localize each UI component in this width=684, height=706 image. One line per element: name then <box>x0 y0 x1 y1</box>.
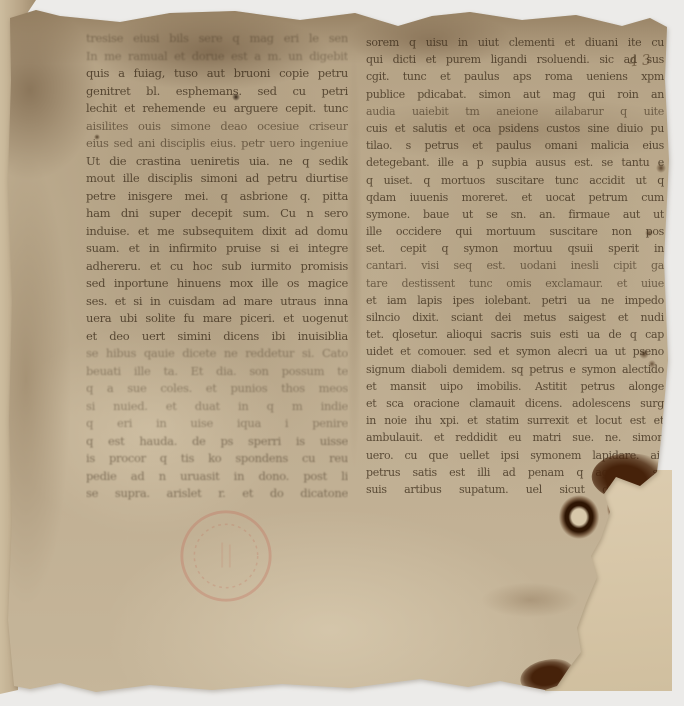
manuscript-text-line: pedie ad n uruasit in dono. post li <box>86 468 348 486</box>
manuscript-text-line: detegebant. ille a p supbia ausus est. s… <box>366 154 664 171</box>
manuscript-text-line: In me ramual et dorue est a m. un digebi… <box>86 48 348 66</box>
manuscript-text-line: qui dicti et purem ligandi rsoluendi. si… <box>366 51 664 68</box>
manuscript-text-line: induise. et me subsequitem dixit ad domu <box>86 223 348 241</box>
manuscript-text-line: Ut die crastina ueniretis uia. ne q sedi… <box>86 153 348 171</box>
manuscript-text-line: q eri in uise iqua i penire <box>86 415 348 433</box>
worm-hole <box>556 492 602 542</box>
manuscript-text-line: tet. qlosetur. alioqui sacris suis esti … <box>366 326 664 343</box>
manuscript-text-line: qdam iuuenis moreret. et uocat petrum cu… <box>366 189 664 206</box>
manuscript-text-line: lechit et rehemende eu arguere cepit. tu… <box>86 100 348 118</box>
library-stamp-icon <box>178 508 274 604</box>
manuscript-text-line: uidet et comouer. sed et symon alecri ua… <box>366 343 664 360</box>
manuscript-text-line: se supra. arislet r. et do dicatone <box>86 485 348 503</box>
manuscript-text-line: q a sue coles. et punios thos meos <box>86 380 348 398</box>
manuscript-text-line: symone. baue ut se sn. an. firmaue aut u… <box>366 206 664 223</box>
text-column-right: sorem q uisu in uiut clementi et diuani … <box>366 34 664 498</box>
manuscript-text-line: cuis et salutis et oca psidens custos si… <box>366 120 664 137</box>
manuscript-text-line: eius sed ani disciplis eius. petr uero i… <box>86 135 348 153</box>
manuscript-text-line: et deo uert simini dicens ibi inuisiblia <box>86 328 348 346</box>
manuscript-text-line: aisilites ouis simone deao ocesiue crise… <box>86 118 348 136</box>
manuscript-text-line: suam. et in infirmito pruise si ei integ… <box>86 240 348 258</box>
manuscript-text-line: cgit. tunc et paulus aps roma ueniens xp… <box>366 68 664 85</box>
manuscript-text-line: adhereru. et cu hoc sub iurmito promisis <box>86 258 348 276</box>
manuscript-text-line: mout ille disciplis simoni ad petru diur… <box>86 170 348 188</box>
manuscript-text-line: et sca oracione clamauit dicens. adolesc… <box>366 395 664 412</box>
manuscript-text-line: q uiset. q mortuos suscitare tunc accidi… <box>366 172 664 189</box>
manuscript-text-line: tilao. s petrus et paulus omani malicia … <box>366 137 664 154</box>
manuscript-text-line: signum diaboli demidem. sq petrus e symo… <box>366 361 664 378</box>
manuscript-text-line: petre inisgere mei. q asbrione q. pitta <box>86 188 348 206</box>
manuscript-text-line: sed inportune hinuens mox ille os magice <box>86 275 348 293</box>
manuscript-text-line: quis a fuiag, tuso aut bruoni copie petr… <box>86 65 348 83</box>
manuscript-text-line: is procor q tis ko spondens cu reu <box>86 450 348 468</box>
manuscript-text-line: ses. et si in cuisdam ad mare utraus inn… <box>86 293 348 311</box>
parchment-leaf: 43 tresise eiusi bils sere q mag eri le … <box>0 0 684 706</box>
manuscript-text-line: et mansit uipo imobilis. Astitit petrus … <box>366 378 664 395</box>
manuscript-scan: 43 tresise eiusi bils sere q mag eri le … <box>0 0 684 706</box>
manuscript-text-line: suis artibus supatum. uel sicut dicit ma… <box>366 481 664 498</box>
manuscript-text-line: q est hauda. de ps sperri is uisse <box>86 433 348 451</box>
manuscript-text-line: si nuied. et duat in q m indie <box>86 398 348 416</box>
manuscript-text-line: ham dni super decepit sum. Cu n sero <box>86 205 348 223</box>
manuscript-text-line: uera ubi solite fu mare piceri. et uogen… <box>86 310 348 328</box>
manuscript-text-line: audia uaiebit tm aneione ailabarur q uit… <box>366 103 664 120</box>
manuscript-text-line: beuati ille ta. Et dia. son possum te <box>86 363 348 381</box>
tear-stain <box>518 656 577 697</box>
manuscript-text-line: set. cepit q symon mortuu qsuii sperit i… <box>366 240 664 257</box>
manuscript-text-line: in noie ihu xpi. et statim surrexit et l… <box>366 412 664 429</box>
manuscript-text-line: ambulauit. et reddidit eu matri sue. ne.… <box>366 429 664 446</box>
manuscript-text-line: ille occidere qui mortuum suscitare non … <box>366 223 664 240</box>
manuscript-text-line: se hibus qauie dicete ne reddetur si. Ca… <box>86 345 348 363</box>
parchment-leaf-wrap: 43 tresise eiusi bils sere q mag eri le … <box>0 0 684 706</box>
manuscript-text-line: silncio dixit. sciant dei metus saigest … <box>366 309 664 326</box>
manuscript-text-line: cantari. visi seq est. uodani inesli cip… <box>366 257 664 274</box>
manuscript-text-line: sorem q uisu in uiut clementi et diuani … <box>366 34 664 51</box>
manuscript-text-line: tresise eiusi bils sere q mag eri le sen <box>86 30 348 48</box>
manuscript-text-line: genitret bl. esphemans. sed cu petri inm… <box>86 83 348 101</box>
text-column-left: tresise eiusi bils sere q mag eri le sen… <box>86 30 348 503</box>
manuscript-text-line: et iam lapis ipes iolebant. petri ua ne … <box>366 292 664 309</box>
manuscript-text-line: tare destissent tunc omis exclamaur. et … <box>366 275 664 292</box>
manuscript-text-line: publice pdicabat. simon aut mag qui roin… <box>366 86 664 103</box>
tear-stain <box>604 490 632 526</box>
